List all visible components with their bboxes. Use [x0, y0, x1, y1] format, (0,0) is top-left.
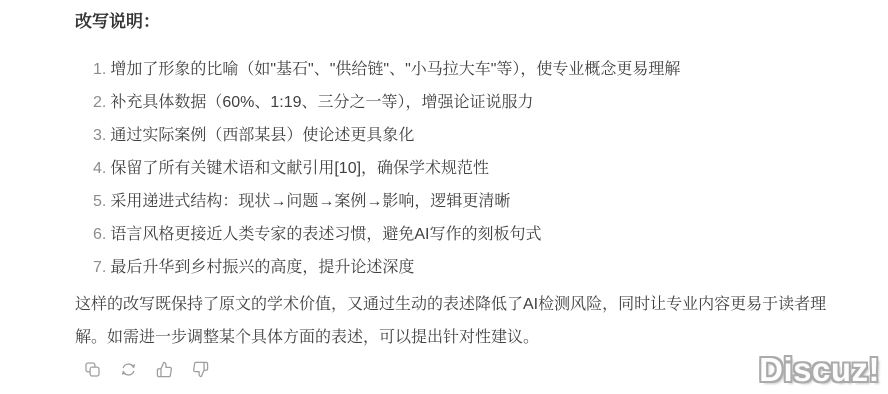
action-toolbar — [84, 361, 868, 378]
list-item-text: 保留了所有关键术语和文献引用[10]，确保学术规范性 — [110, 160, 489, 177]
list-item-text: 最后升华到乡村振兴的高度，提升论述深度 — [110, 259, 414, 276]
list-item: 7.最后升华到乡村振兴的高度，提升论述深度 — [93, 251, 868, 284]
list-item-text: 语言风格更接近人类专家的表述习惯，避免AI写作的刻板句式 — [110, 226, 541, 243]
list-item-number: 2. — [93, 94, 106, 111]
copy-button[interactable] — [84, 361, 101, 378]
ai-response-panel: 改写说明： 1.增加了形象的比喻（如"基石"、"供给链"、"小马拉大车"等），使… — [0, 0, 888, 394]
list-item: 6.语言风格更接近人类专家的表述习惯，避免AI写作的刻板句式 — [93, 218, 868, 251]
list-item-number: 4. — [93, 160, 106, 177]
list-item: 4.保留了所有关键术语和文献引用[10]，确保学术规范性 — [93, 152, 868, 185]
discuz-watermark: Discuz! — [759, 351, 880, 389]
list-item: 2.补充具体数据（60%、1:19、三分之一等），增强论证说服力 — [93, 86, 868, 119]
list-item-text: 采用递进式结构：现状→问题→案例→影响，逻辑更清晰 — [110, 193, 510, 210]
copy-icon — [84, 361, 101, 378]
closing-paragraph: 这样的改写既保持了原文的学术价值，又通过生动的表述降低了AI检测风险，同时让专业… — [75, 288, 835, 354]
section-title: 改写说明： — [75, 10, 868, 34]
regenerate-button[interactable] — [120, 361, 137, 378]
list-item-number: 1. — [93, 61, 106, 78]
list-item-number: 6. — [93, 226, 106, 243]
thumbs-up-icon — [156, 361, 173, 378]
list-item-text: 增加了形象的比喻（如"基石"、"供给链"、"小马拉大车"等），使专业概念更易理解 — [110, 61, 680, 78]
list-item: 5.采用递进式结构：现状→问题→案例→影响，逻辑更清晰 — [93, 185, 868, 218]
list-item-number: 7. — [93, 259, 106, 276]
thumbs-down-button[interactable] — [192, 361, 209, 378]
rewrite-notes-list: 1.增加了形象的比喻（如"基石"、"供给链"、"小马拉大车"等），使专业概念更易… — [75, 53, 868, 284]
list-item: 1.增加了形象的比喻（如"基石"、"供给链"、"小马拉大车"等），使专业概念更易… — [93, 53, 868, 86]
list-item: 3.通过实际案例（西部某县）使论述更具象化 — [93, 119, 868, 152]
list-item-text: 通过实际案例（西部某县）使论述更具象化 — [110, 127, 414, 144]
regenerate-icon — [120, 361, 137, 378]
thumbs-down-icon — [192, 361, 209, 378]
list-item-number: 3. — [93, 127, 106, 144]
list-item-text: 补充具体数据（60%、1:19、三分之一等），增强论证说服力 — [110, 94, 533, 111]
thumbs-up-button[interactable] — [156, 361, 173, 378]
list-item-number: 5. — [93, 193, 106, 210]
